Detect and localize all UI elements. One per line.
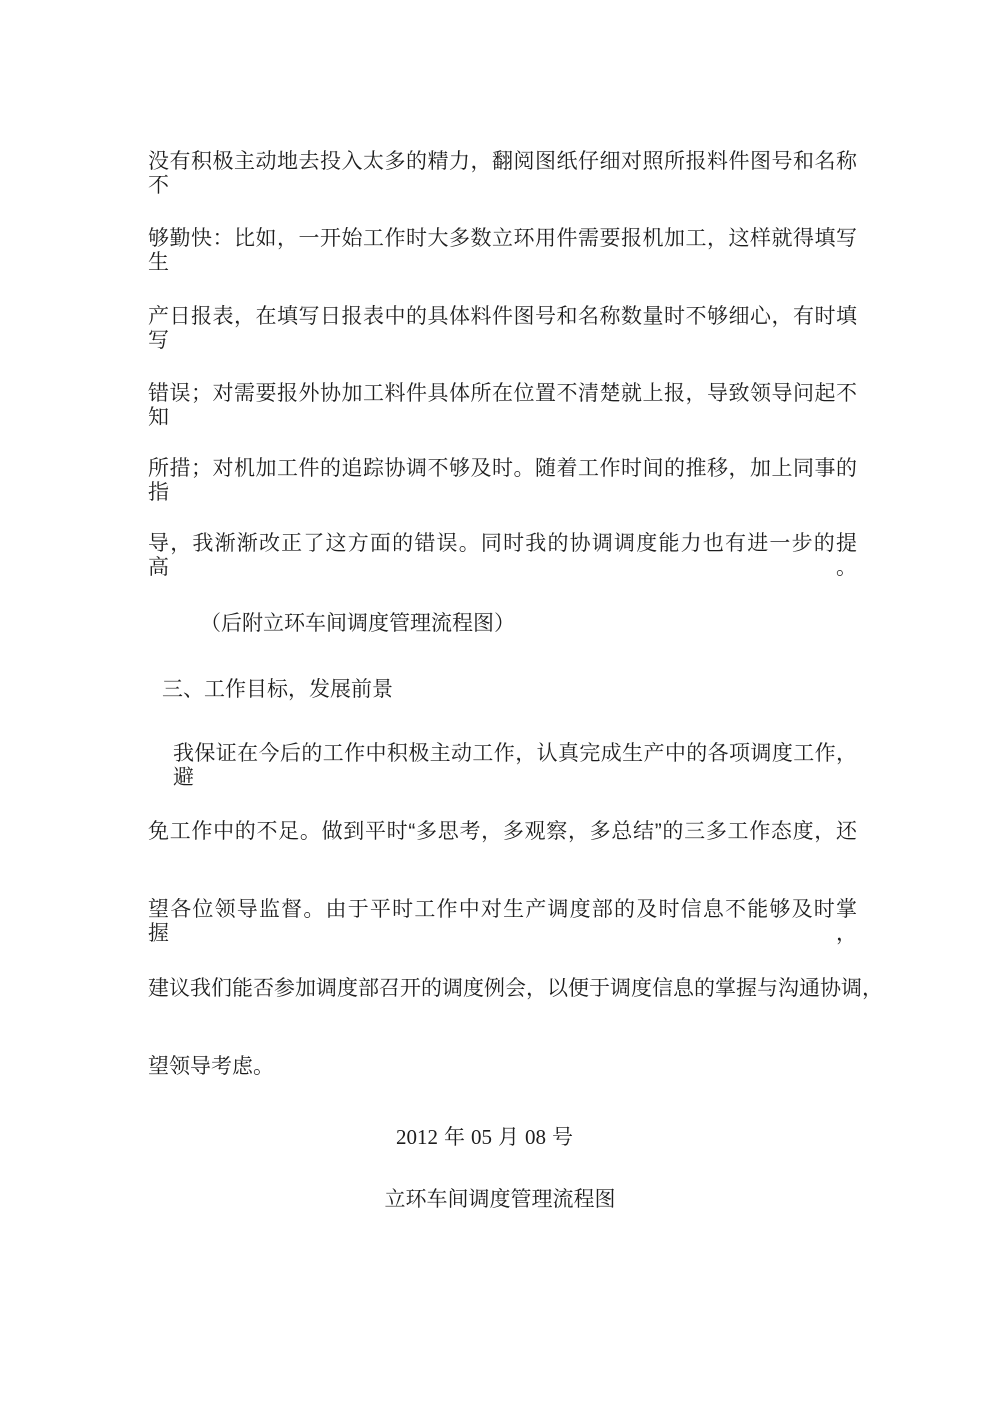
paragraph-line: 所措；对机加工件的追踪协调不够及时。随着工作时间的推移，加上同事的指 bbox=[148, 457, 857, 505]
date-day: 08 bbox=[525, 1125, 546, 1149]
date-line: 2012年05月08号 bbox=[0, 1125, 985, 1150]
date-day-unit: 号 bbox=[552, 1126, 573, 1149]
note-line: （后附立环车间调度管理流程图） bbox=[200, 612, 515, 636]
section-heading: 三、工作目标，发展前景 bbox=[162, 678, 393, 702]
paragraph-line: 错误；对需要报外协加工料件具体所在位置不清楚就上报，导致领导问起不知 bbox=[148, 382, 857, 430]
paragraph-line: 我保证在今后的工作中积极主动工作，认真完成生产中的各项调度工作，避 bbox=[148, 742, 857, 790]
paragraph-line: 建议我们能否参加调度部召开的调度例会，以便于调度信息的掌握与沟通协调， bbox=[148, 977, 883, 1001]
document-page: 没有积极主动地去投入太多的精力，翻阅图纸仔细对照所报料件图号和名称不 够勤快：比… bbox=[0, 0, 1000, 1415]
date-year-unit: 年 bbox=[444, 1126, 465, 1149]
date-month: 05 bbox=[471, 1125, 492, 1149]
attachment-title: 立环车间调度管理流程图 bbox=[0, 1188, 1000, 1212]
paragraph-line: 望领导考虑。 bbox=[148, 1055, 274, 1079]
paragraph-line: 导，我渐渐改正了这方面的错误。同时我的协调调度能力也有进一步的提高。 bbox=[148, 532, 857, 580]
paragraph-line: 望各位领导监督。由于平时工作中对生产调度部的及时信息不能够及时掌握， bbox=[148, 898, 857, 946]
paragraph-line: 够勤快：比如，一开始工作时大多数立环用件需要报机加工，这样就得填写生 bbox=[148, 227, 857, 275]
paragraph-line: 产日报表，在填写日报表中的具体料件图号和名称数量时不够细心，有时填写 bbox=[148, 305, 857, 353]
paragraph-line: 没有积极主动地去投入太多的精力，翻阅图纸仔细对照所报料件图号和名称不 bbox=[148, 150, 857, 198]
date-year: 2012 bbox=[396, 1125, 438, 1149]
date-month-unit: 月 bbox=[498, 1126, 519, 1149]
paragraph-line: 免工作中的不足。做到平时“多思考，多观察，多总结”的三多工作态度，还 bbox=[148, 820, 857, 844]
